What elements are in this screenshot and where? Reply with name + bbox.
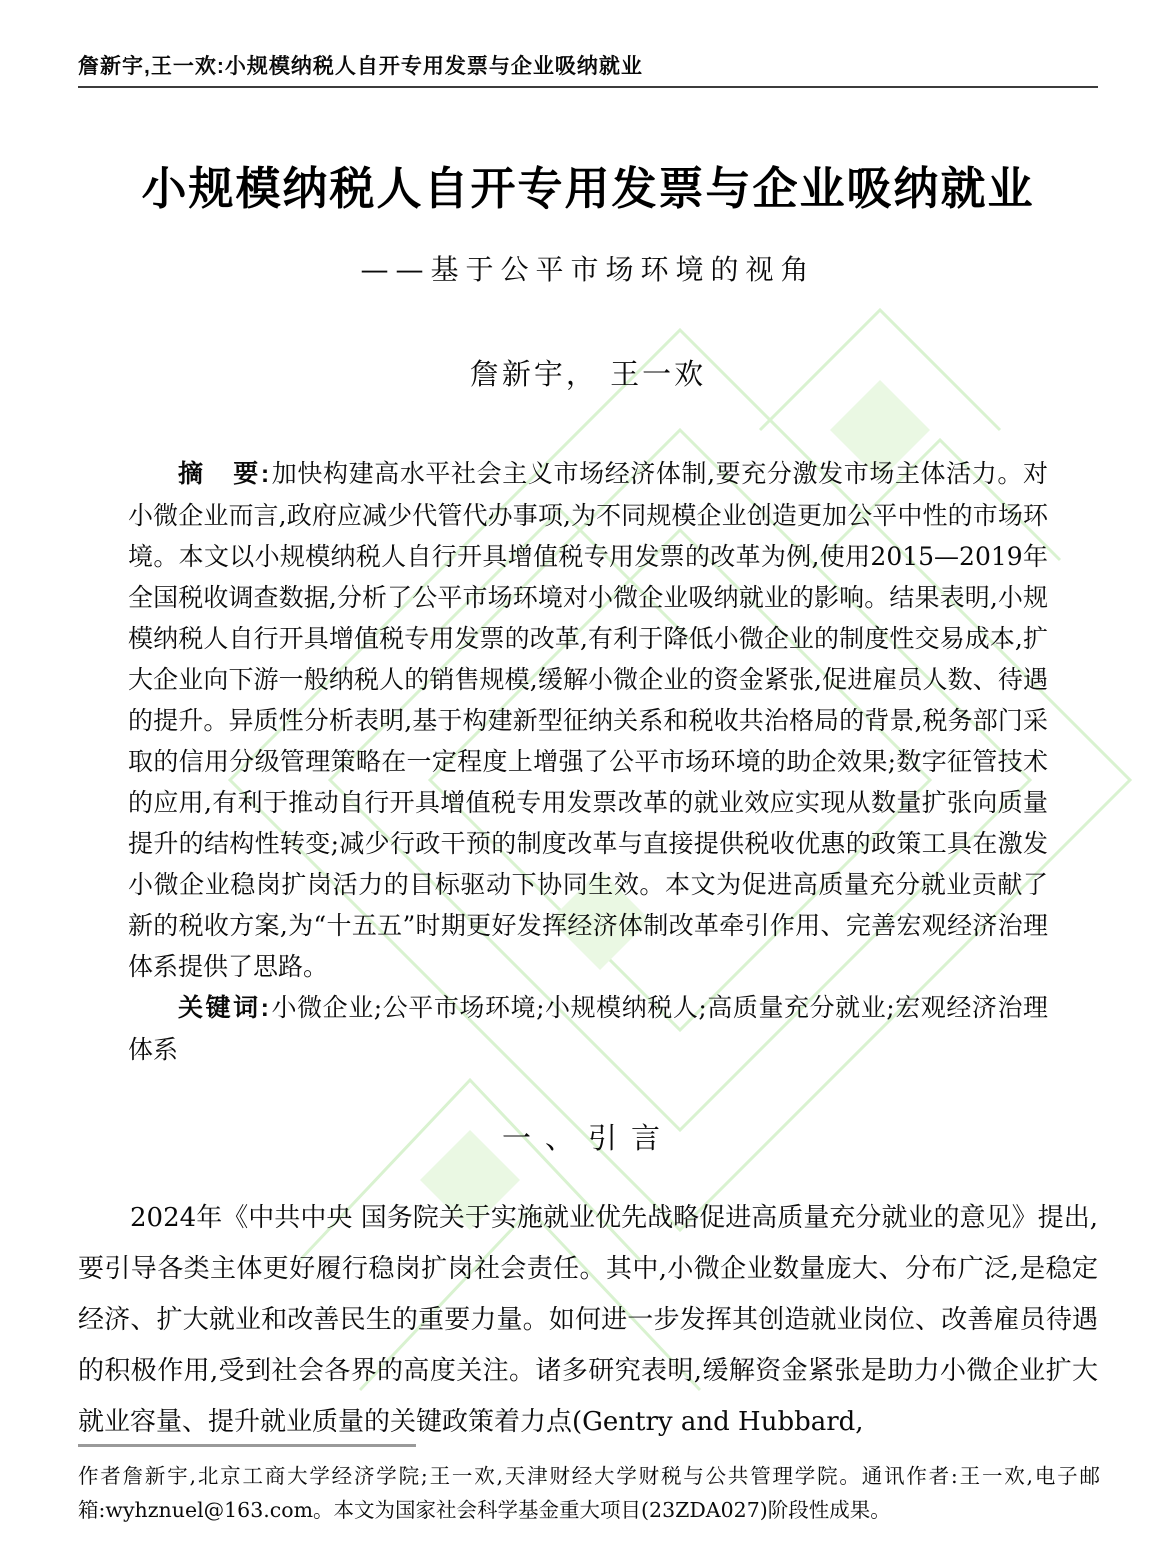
abstract-paragraph: 摘 要:加快构建高水平社会主义市场经济体制,要充分激发市场主体活力。对小微企业而…: [128, 453, 1048, 987]
page-content: 詹新宇,王一欢:小规模纳税人自开专用发票与企业吸纳就业 小规模纳税人自开专用发票…: [0, 0, 1176, 1448]
abstract-label: 摘 要:: [178, 460, 271, 488]
keywords-label: 关键词:: [178, 994, 271, 1022]
abstract-text: 加快构建高水平社会主义市场经济体制,要充分激发市场主体活力。对小微企业而言,政府…: [128, 459, 1048, 981]
authors-line: 詹新宇， 王一欢: [78, 352, 1098, 393]
article-title: 小规模纳税人自开专用发票与企业吸纳就业: [78, 162, 1098, 216]
paper-page: 詹新宇,王一欢:小规模纳税人自开专用发票与企业吸纳就业 小规模纳税人自开专用发票…: [0, 0, 1176, 1548]
footnote-rule: [78, 1444, 416, 1447]
keywords-paragraph: 关键词:小微企业;公平市场环境;小规模纳税人;高质量充分就业;宏观经济治理体系: [128, 987, 1048, 1070]
header-rule: [78, 86, 1098, 88]
footnote-area: 作者詹新宇,北京工商大学经济学院;王一欢,天津财经大学财税与公共管理学院。通讯作…: [78, 1444, 1100, 1527]
section-heading-introduction: 一、引言: [78, 1116, 1098, 1157]
running-head: 詹新宇,王一欢:小规模纳税人自开专用发票与企业吸纳就业: [78, 50, 1098, 86]
article-subtitle: ——基于公平市场环境的视角: [78, 248, 1098, 288]
abstract-section: 摘 要:加快构建高水平社会主义市场经济体制,要充分激发市场主体活力。对小微企业而…: [128, 453, 1048, 1070]
introduction-paragraph: 2024年《中共中央 国务院关于实施就业优先战略促进高质量充分就业的意见》提出,…: [78, 1193, 1098, 1448]
footnote-text: 作者詹新宇,北京工商大学经济学院;王一欢,天津财经大学财税与公共管理学院。通讯作…: [78, 1459, 1100, 1527]
page-header: 詹新宇,王一欢:小规模纳税人自开专用发票与企业吸纳就业: [78, 50, 1098, 88]
